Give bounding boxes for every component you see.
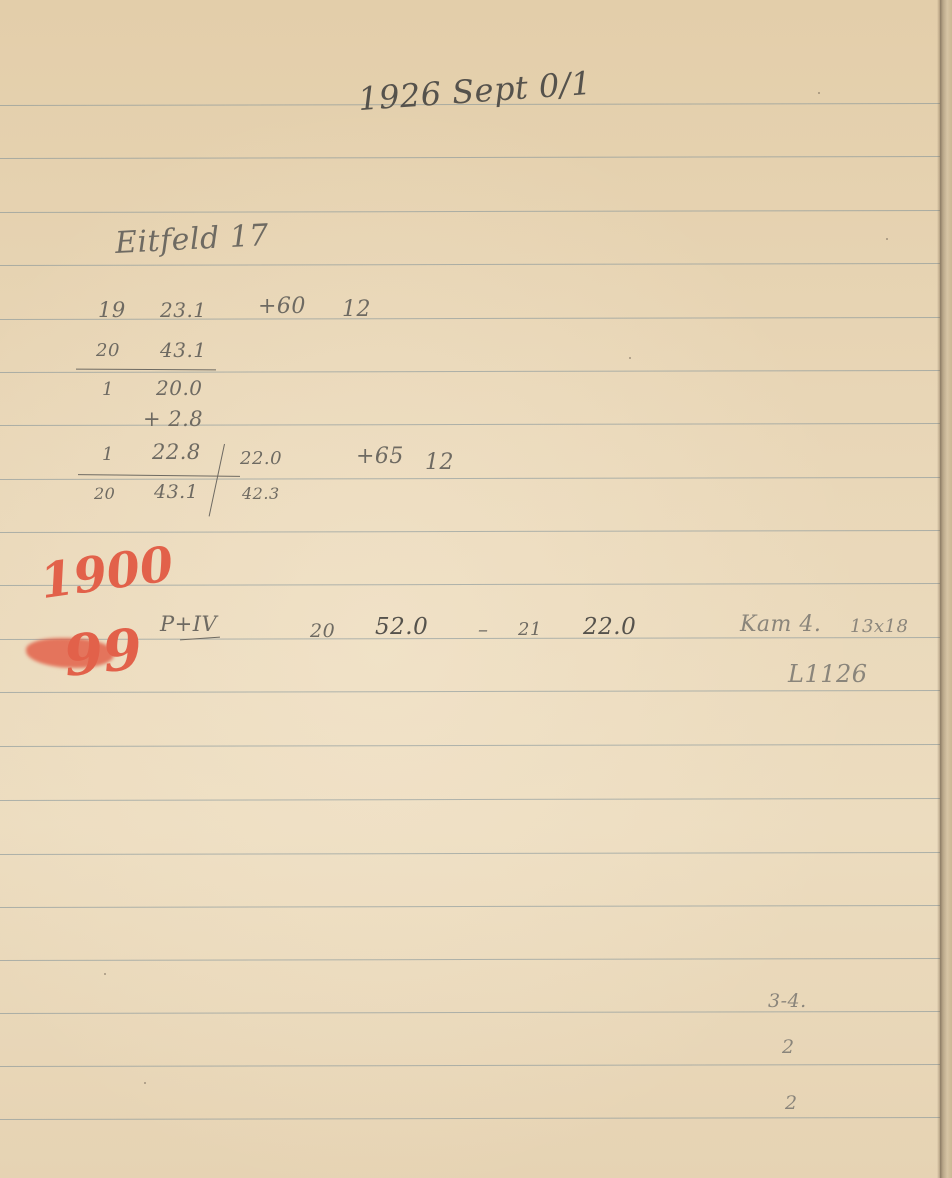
ruled-line bbox=[0, 798, 940, 801]
entry-title: Eitfeld 17 bbox=[114, 218, 270, 261]
plate-size: 13x18 bbox=[850, 616, 908, 637]
row1-col-b: 23.1 bbox=[160, 298, 207, 322]
sum-line-2 bbox=[78, 474, 240, 477]
ruled-line bbox=[0, 958, 940, 961]
row1-col-d: 12 bbox=[342, 297, 371, 322]
ruled-line bbox=[0, 690, 940, 693]
ruled-line bbox=[0, 156, 940, 159]
notebook-page: 1926 Sept 0/1 Eitfeld 17 19 23.1 +60 12 … bbox=[0, 0, 952, 1178]
end-value: 22.0 bbox=[583, 614, 636, 640]
bottom-note-1: 3-4. bbox=[768, 990, 807, 1012]
ruled-line bbox=[0, 637, 940, 640]
ruled-line bbox=[0, 530, 940, 533]
ruled-line bbox=[0, 477, 940, 480]
end-hour: 21 bbox=[518, 619, 542, 640]
row2-col-a: 20 bbox=[96, 340, 120, 361]
row2-col-b: 43.1 bbox=[160, 338, 207, 362]
paper-speck bbox=[629, 357, 631, 359]
start-hour: 20 bbox=[310, 620, 335, 642]
paper-speck bbox=[104, 973, 106, 975]
ruled-line bbox=[0, 744, 940, 747]
plate-id: L1126 bbox=[788, 660, 868, 688]
calc4-col-b: 43.1 bbox=[154, 481, 198, 503]
paper-speck bbox=[144, 1082, 146, 1084]
calc3-col-d: +65 bbox=[356, 444, 404, 469]
column-divider bbox=[209, 444, 225, 517]
ruled-line bbox=[0, 370, 940, 373]
camera-label: Kam 4. bbox=[740, 612, 821, 637]
red-number-top: 1900 bbox=[37, 536, 177, 610]
page-date: 1926 Sept 0/1 bbox=[357, 64, 593, 118]
calc3-col-a: 1 bbox=[102, 444, 114, 465]
sum-line bbox=[76, 369, 216, 371]
calc3-col-b: 22.8 bbox=[152, 440, 201, 464]
ruled-line bbox=[0, 317, 940, 320]
start-value: 52.0 bbox=[375, 614, 428, 640]
paper-speck bbox=[818, 92, 820, 94]
notebook-binding bbox=[940, 0, 952, 1178]
bottom-note-3: 2 bbox=[785, 1092, 798, 1114]
calc3-col-c: 22.0 bbox=[240, 448, 282, 469]
calc3-col-e: 12 bbox=[425, 450, 454, 475]
paper-speck bbox=[886, 238, 888, 240]
red-number-bottom: 99 bbox=[61, 616, 145, 690]
bottom-note-2: 2 bbox=[782, 1036, 795, 1058]
calc2-col-b: + 2.8 bbox=[143, 407, 203, 431]
calc4-col-c: 42.3 bbox=[242, 484, 280, 503]
calc1-col-b: 20.0 bbox=[156, 376, 203, 400]
ruled-line bbox=[0, 423, 940, 426]
range-dash: – bbox=[478, 617, 489, 641]
observation-label: P+IV bbox=[160, 612, 217, 636]
calc4-col-a: 20 bbox=[94, 484, 115, 503]
ruled-line bbox=[0, 1117, 940, 1120]
row1-col-a: 19 bbox=[98, 298, 126, 322]
ruled-line bbox=[0, 1064, 940, 1067]
ruled-line bbox=[0, 210, 940, 213]
row1-col-c: +60 bbox=[258, 294, 306, 319]
ruled-line bbox=[0, 263, 940, 266]
ruled-line bbox=[0, 905, 940, 908]
ruled-line bbox=[0, 852, 940, 855]
calc1-col-a: 1 bbox=[102, 379, 114, 400]
